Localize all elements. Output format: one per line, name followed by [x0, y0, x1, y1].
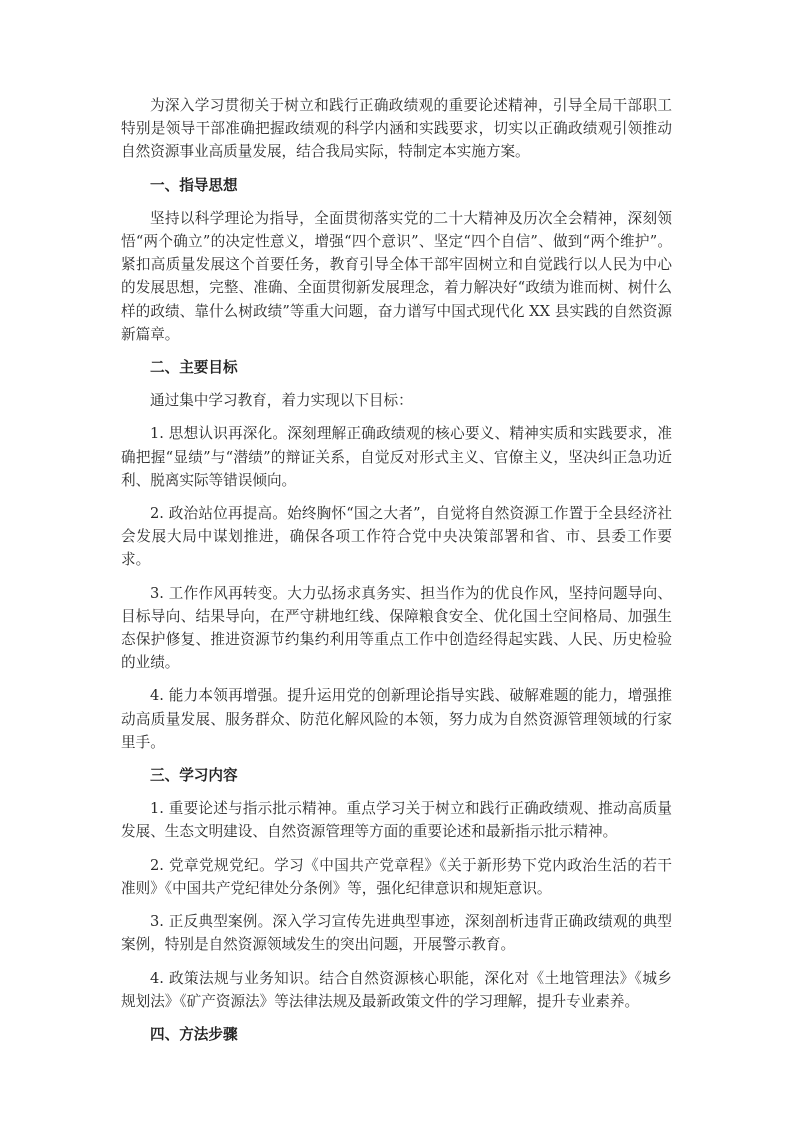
section-heading-methods-steps: 四、方法步骤: [121, 1023, 672, 1046]
paragraph: 坚持以科学理论为指导，全面贯彻落实党的二十大精神及历次全会精神，深刻领悟“两个确…: [121, 207, 672, 346]
paragraph: 2. 政治站位再提高。始终胸怀“国之大者”，自觉将自然资源工作置于全县经济社会发…: [121, 502, 672, 572]
paragraph: 3. 工作作风再转变。大力弘扬求真务实、担当作为的优良作风，坚持问题导向、目标导…: [121, 582, 672, 675]
paragraph: 3. 正反典型案例。深入学习宣传先进典型事迹，深刻剖析违背正确政绩观的典型案例，…: [121, 910, 672, 956]
paragraph: 通过集中学习教育，着力实现以下目标：: [121, 389, 672, 412]
paragraph: 4. 能力本领再增强。提升运用党的创新理论指导实践、破解难题的能力，增强推动高质…: [121, 684, 672, 754]
section-heading-guiding-ideology: 一、指导思想: [121, 174, 672, 197]
intro-paragraph: 为深入学习贯彻关于树立和践行正确政绩观的重要论述精神，引导全局干部职工特别是领导…: [121, 94, 672, 164]
section-heading-study-content: 三、学习内容: [121, 764, 672, 787]
paragraph: 1. 思想认识再深化。深刻理解正确政绩观的核心要义、精神实质和实践要求，准确把握…: [121, 422, 672, 492]
paragraph: 1. 重要论述与指示批示精神。重点学习关于树立和践行正确政绩观、推动高质量发展、…: [121, 797, 672, 843]
paragraph: 4. 政策法规与业务知识。结合自然资源核心职能，深化对《土地管理法》《城乡规划法…: [121, 967, 672, 1013]
section-heading-main-goals: 二、主要目标: [121, 356, 672, 379]
document-page: 为深入学习贯彻关于树立和践行正确政绩观的重要论述精神，引导全局干部职工特别是领导…: [121, 94, 672, 1056]
paragraph: 2. 党章党规党纪。学习《中国共产党章程》《关于新形势下党内政治生活的若干准则》…: [121, 854, 672, 900]
